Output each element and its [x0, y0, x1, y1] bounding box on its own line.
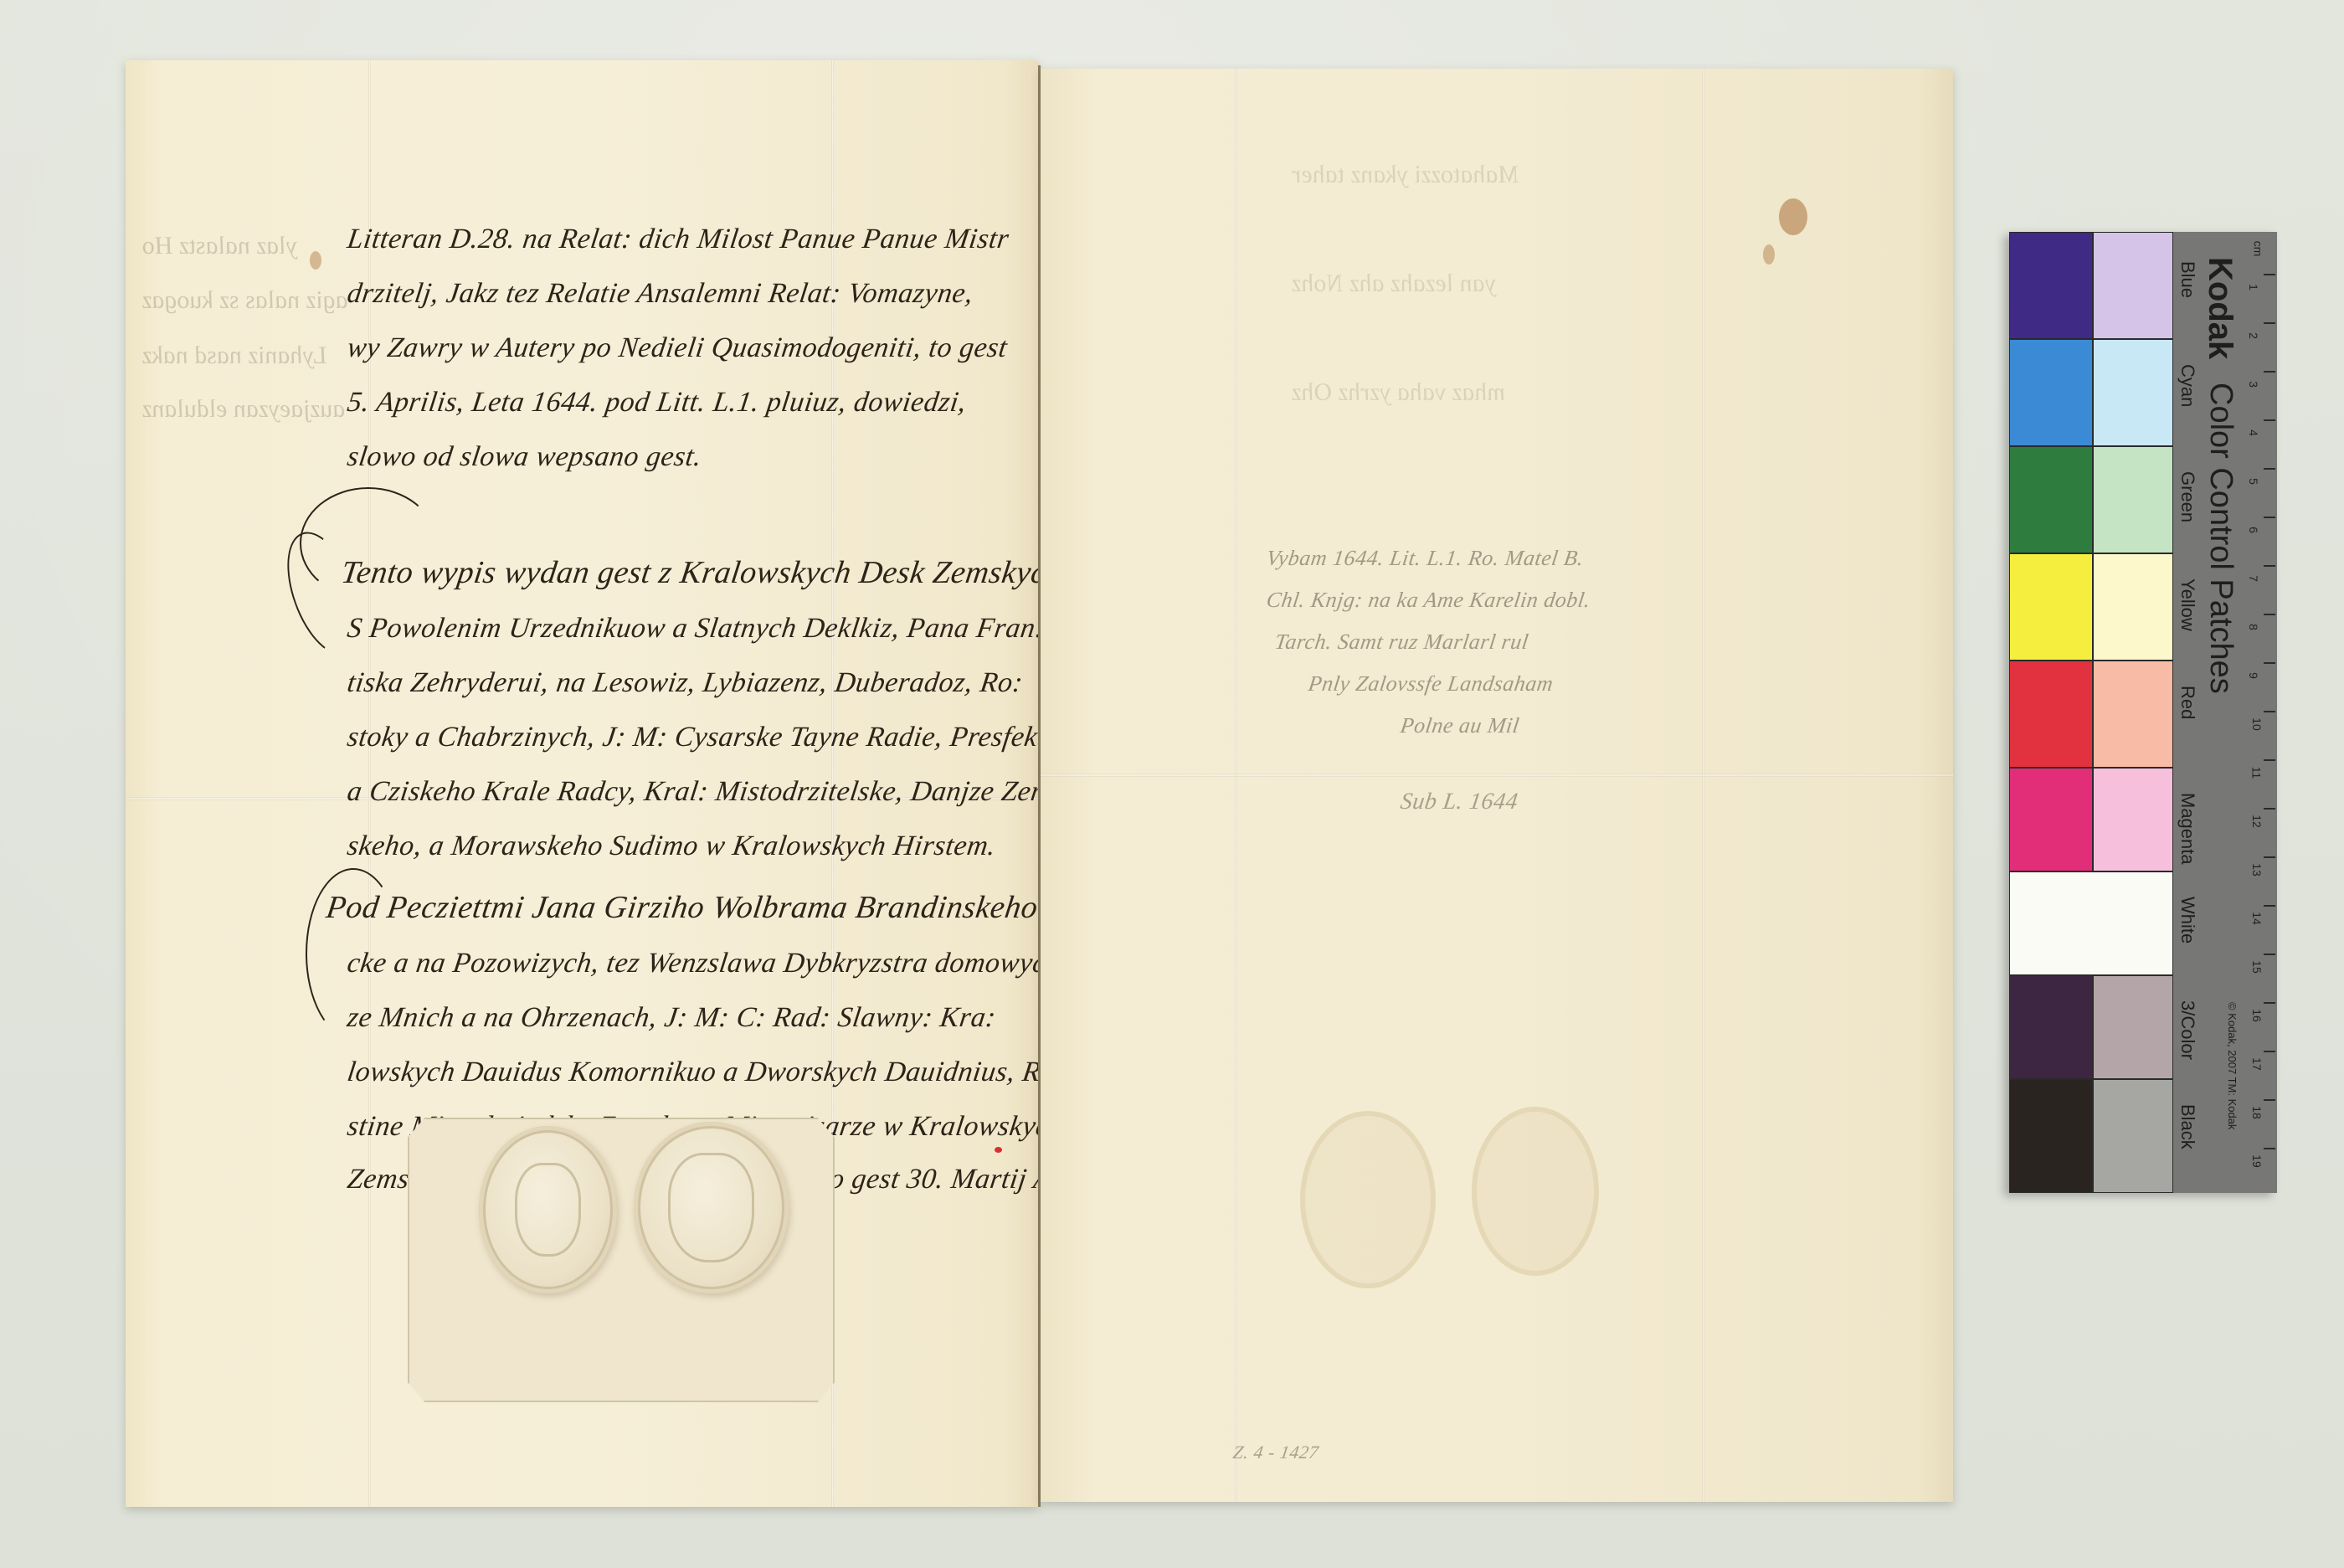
- pencil-signature: Sub L. 1644: [1399, 789, 1520, 815]
- cm-ruler: cm 12345678910111213141516171819 Kodak C…: [2173, 232, 2277, 1193]
- fold-line: [1235, 69, 1237, 1502]
- seal-shield-icon: [515, 1163, 581, 1257]
- ruler-tick: [2264, 808, 2275, 810]
- pencil-note-line: Chl. Knjg: na ka Ame Karelin dobl.: [1265, 588, 1592, 613]
- ruler-tick-label: 7: [2247, 575, 2260, 582]
- seal-figure: [634, 1122, 789, 1293]
- ruler-tick: [2264, 1002, 2275, 1004]
- patch-label: Blue: [2177, 261, 2198, 298]
- handwritten-line: Pod Pecziettmi Jana Girziho Wolbrama Bra…: [324, 889, 1147, 926]
- ruler-tick: [2264, 517, 2275, 518]
- handwritten-line: Litteran D.28. na Relat: dich Milost Pan…: [345, 224, 1010, 255]
- patch-label: Black: [2177, 1104, 2198, 1149]
- kodak-color-target: cm 12345678910111213141516171819 Kodak C…: [2009, 232, 2277, 1193]
- kodak-brand-label: Kodak: [2201, 257, 2239, 359]
- handwritten-line: cke a na Pozowizych, tez Wenzslawa Dybkr…: [345, 948, 1062, 979]
- bleed-through-text: mhaz vaha yzrhz Ohz: [1290, 378, 1508, 407]
- handwritten-line: stoky a Chabrzinych, J: M: Cysarske Tayn…: [345, 722, 1059, 753]
- patch-green-dark: [2009, 446, 2093, 553]
- ruler-tick-label: 11: [2249, 767, 2263, 779]
- ruler-tick-label: 15: [2250, 960, 2264, 974]
- handwritten-line: S Powolenim Urzednikuow a Slatnych Deklk…: [345, 613, 1047, 645]
- patch-cyan-light: [2093, 339, 2173, 446]
- handwritten-line: skeho, a Morawskeho Sudimo w Kralowskych…: [345, 830, 998, 862]
- ruler-tick-label: 2: [2247, 332, 2260, 339]
- patch-red-dark: [2009, 661, 2093, 768]
- patch-black-dark: [2009, 1079, 2093, 1193]
- ruler-tick: [2264, 322, 2275, 324]
- ruler-tick: [2264, 905, 2275, 907]
- color-target-title: Color Control Patches: [2203, 383, 2239, 694]
- seal-coat-of-arms: [479, 1126, 617, 1293]
- seal-ghost-impression: [1472, 1107, 1599, 1276]
- stain: [310, 251, 321, 270]
- patch-label: Magenta: [2177, 793, 2198, 865]
- bleed-through-text: Lyhaniz nasd nakz: [141, 342, 330, 370]
- ruler-tick-label: 12: [2250, 815, 2264, 828]
- ruler-tick: [2264, 419, 2275, 421]
- patch-green-light: [2093, 446, 2173, 553]
- patch-yellow-dark: [2009, 553, 2093, 661]
- ruler-tick: [2264, 1099, 2275, 1101]
- ruler-tick-label: 3: [2247, 381, 2260, 388]
- ruler-tick: [2264, 1051, 2275, 1052]
- seal-paper-wafer: [408, 1118, 835, 1402]
- ruler-tick-label: 19: [2250, 1154, 2264, 1168]
- ruler-tick-label: 1: [2247, 284, 2260, 290]
- ruler-tick: [2264, 565, 2275, 567]
- fold-line: [1702, 69, 1704, 1502]
- ruler-tick: [2264, 274, 2275, 275]
- patch-label: Green: [2177, 471, 2198, 522]
- patch-cyan-dark: [2009, 339, 2093, 446]
- ruler-tick-label: 6: [2247, 527, 2260, 533]
- pencil-note-line: Polne au Mil: [1399, 713, 1521, 738]
- bleed-through-text: yan lezahz ahz Nohz: [1290, 270, 1498, 298]
- ruler-tick-label: 18: [2250, 1106, 2264, 1119]
- patch-white: [2009, 871, 2173, 975]
- patch-3color-dark: [2009, 975, 2093, 1079]
- fold-line: [1041, 774, 1953, 777]
- bleed-through-text: auzjaeyzan eldulanz: [141, 395, 347, 424]
- patch-label: 3/Color: [2177, 1000, 2198, 1060]
- bleed-through-text: Mahatozzi ykanz taher: [1290, 161, 1521, 189]
- patch-label: Cyan: [2177, 364, 2198, 407]
- ruler-tick-label: 10: [2250, 717, 2264, 731]
- patch-label: Yellow: [2177, 578, 2198, 631]
- patch-magenta-dark: [2009, 768, 2093, 871]
- pencil-note-line: Pnly Zalovssfe Landsaham: [1307, 671, 1555, 697]
- seal-ghost-impression: [1300, 1111, 1436, 1288]
- ruler-tick: [2264, 856, 2275, 858]
- patch-blue-dark: [2009, 232, 2093, 339]
- ruler-tick: [2264, 614, 2275, 615]
- ruler-tick-label: 8: [2247, 624, 2260, 630]
- ruler-tick-label: 4: [2247, 429, 2260, 436]
- handwritten-line: wy Zawry w Autery po Nedieli Quasimodoge…: [345, 332, 1009, 364]
- handwritten-line: a Cziskeho Krale Radcy, Kral: Mistodrzit…: [345, 776, 1064, 808]
- handwritten-line: lowskych Dauidus Komornikuo a Dworskych …: [345, 1056, 1077, 1088]
- pencil-note-line: Vybam 1644. Lit. L.1. Ro. Matel B.: [1265, 546, 1586, 571]
- pencil-shelfmark: Z. 4 - 1427: [1231, 1442, 1320, 1463]
- pencil-note-line: Tarch. Samt ruz Marlarl rul: [1273, 630, 1530, 655]
- ruler-tick: [2264, 1148, 2275, 1149]
- patch-red-light: [2093, 661, 2173, 768]
- patch-black-light: [2093, 1079, 2173, 1193]
- patch-yellow-light: [2093, 553, 2173, 661]
- ruler-tick: [2264, 954, 2275, 955]
- ruler-tick: [2264, 371, 2275, 373]
- kodak-copyright: © Kodak, 2007 TM: Kodak: [2226, 1002, 2239, 1129]
- bleed-through-text: agiz nalas sz kuogaz: [141, 286, 351, 315]
- patch-3color-light: [2093, 975, 2173, 1079]
- ruler-unit-label: cm: [2251, 241, 2264, 257]
- patch-magenta-light: [2093, 768, 2173, 871]
- ruler-tick-label: 5: [2247, 478, 2260, 485]
- color-patches: [2009, 232, 2173, 1193]
- ruler-tick-label: 9: [2247, 672, 2260, 679]
- handwritten-line: drzitelj, Jakz tez Relatie Ansalemni Rel…: [345, 278, 975, 310]
- handwritten-line: tiska Zehryderui, na Lesowiz, Lybiazenz,…: [345, 667, 1025, 699]
- ruler-tick: [2264, 468, 2275, 470]
- ruler-tick-label: 16: [2250, 1009, 2264, 1022]
- ruler-tick-label: 14: [2250, 912, 2264, 925]
- stain: [1779, 198, 1807, 235]
- seal-figure-icon: [668, 1153, 755, 1262]
- right-page: Mahatozzi ykanz taher yan lezahz ahz Noh…: [1041, 69, 1953, 1502]
- patch-label: White: [2177, 897, 2198, 943]
- ruler-tick-label: 17: [2250, 1057, 2264, 1071]
- patch-blue-light: [2093, 232, 2173, 339]
- stain: [1763, 244, 1775, 265]
- ruler-tick: [2264, 662, 2275, 664]
- ruler-tick: [2264, 759, 2275, 761]
- handwritten-line: slowo od slowa wepsano gest.: [345, 441, 703, 473]
- patch-label: Red: [2177, 686, 2198, 719]
- handwritten-line: ze Mnich a na Ohrzenach, J: M: C: Rad: S…: [345, 1002, 998, 1034]
- handwritten-line: Tento wypis wydan gest z Kralowskych Des…: [339, 554, 1073, 591]
- bleed-through-text: ylaz nalastz Ho: [141, 232, 300, 260]
- ruler-tick-label: 13: [2250, 863, 2264, 877]
- red-wax-dot: [995, 1147, 1002, 1153]
- handwritten-line: 5. Aprilis, Leta 1644. pod Litt. L.1. pl…: [345, 387, 968, 419]
- ruler-tick: [2264, 711, 2275, 712]
